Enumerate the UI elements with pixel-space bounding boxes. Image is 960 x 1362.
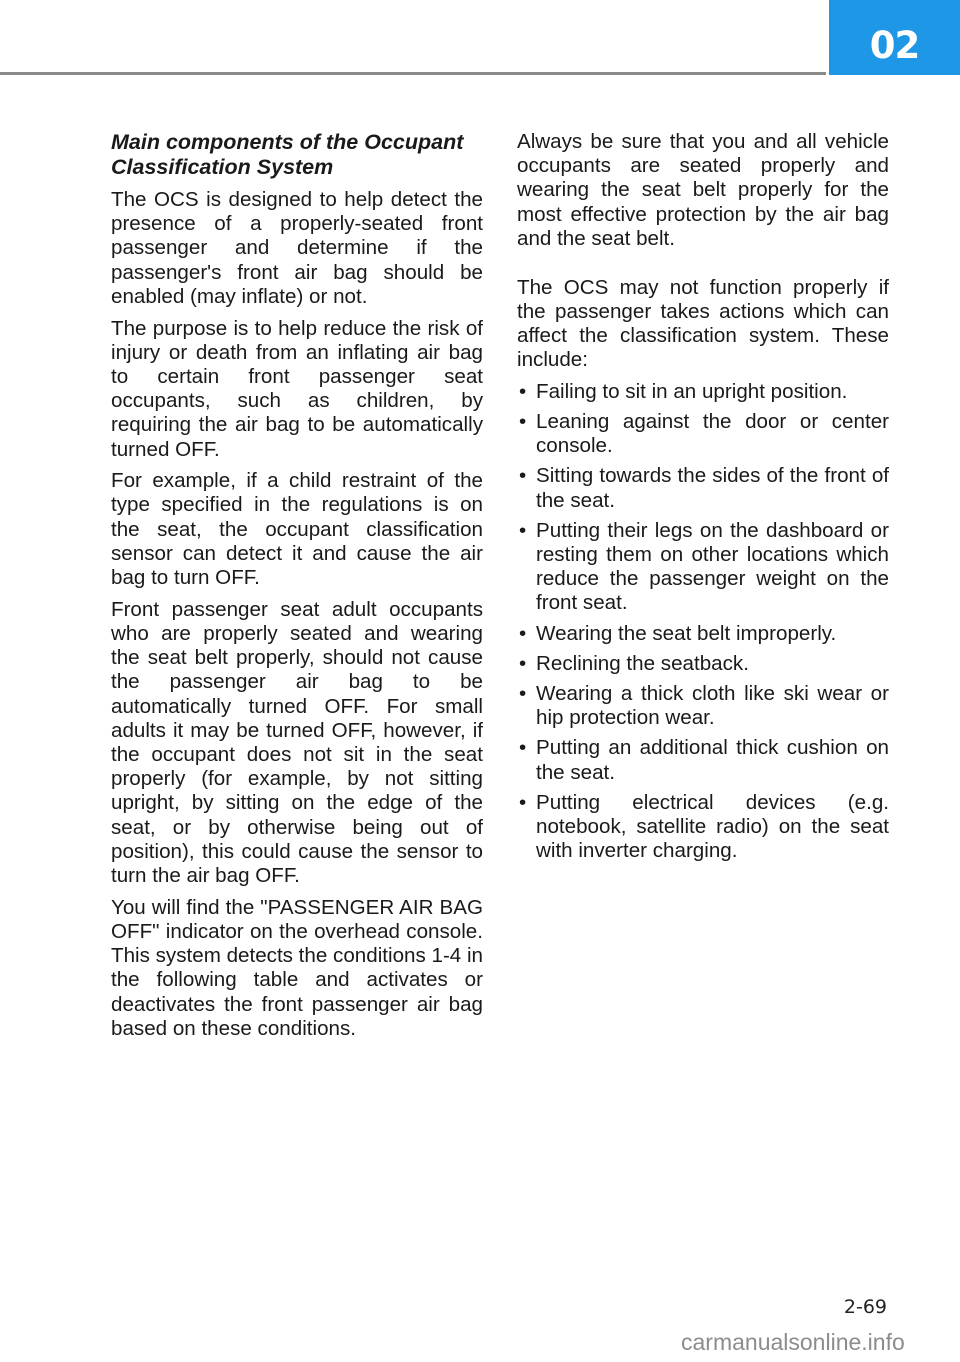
bullet-icon: • xyxy=(519,622,526,646)
conditions-list: •Failing to sit in an upright position. … xyxy=(517,380,889,864)
paragraph: You will find the "PASSENGER AIR BAG OFF… xyxy=(111,896,483,1041)
section-title: Main components of the Occupant Classifi… xyxy=(111,130,483,180)
paragraph: Always be sure that you and all vehicle … xyxy=(517,130,889,251)
bullet-icon: • xyxy=(519,410,526,434)
header-rule xyxy=(0,72,826,75)
chapter-tab: 02 xyxy=(829,0,960,75)
list-item: •Failing to sit in an upright position. xyxy=(517,380,889,404)
paragraph: Front passenger seat adult occupants who… xyxy=(111,598,483,888)
list-item: •Wearing a thick cloth like ski wear or … xyxy=(517,682,889,730)
paragraph: The purpose is to help reduce the risk o… xyxy=(111,317,483,462)
list-item: •Putting an additional thick cushion on … xyxy=(517,736,889,784)
bullet-icon: • xyxy=(519,736,526,760)
left-column: Main components of the Occupant Classifi… xyxy=(111,130,483,1048)
list-item: •Reclining the seatback. xyxy=(517,652,889,676)
chapter-number: 02 xyxy=(870,24,920,67)
paragraph: The OCS may not function properly if the… xyxy=(517,276,889,373)
bullet-icon: • xyxy=(519,380,526,404)
watermark-link[interactable]: carmanualsonline.info xyxy=(681,1329,905,1356)
list-item: •Wearing the seat belt improperly. xyxy=(517,622,889,646)
bullet-icon: • xyxy=(519,464,526,488)
bullet-icon: • xyxy=(519,652,526,676)
bullet-icon: • xyxy=(519,519,526,543)
list-item: •Putting electrical devices (e.g. notebo… xyxy=(517,791,889,864)
bullet-icon: • xyxy=(519,791,526,815)
bullet-icon: • xyxy=(519,682,526,706)
list-item: •Sitting towards the sides of the front … xyxy=(517,464,889,512)
right-column: Always be sure that you and all vehicle … xyxy=(517,130,889,869)
page-number: 2-69 xyxy=(844,1296,887,1318)
list-item: •Putting their legs on the dashboard or … xyxy=(517,519,889,616)
paragraph: The OCS is designed to help detect the p… xyxy=(111,188,483,309)
paragraph: For example, if a child restraint of the… xyxy=(111,469,483,590)
list-item: •Leaning against the door or center cons… xyxy=(517,410,889,458)
